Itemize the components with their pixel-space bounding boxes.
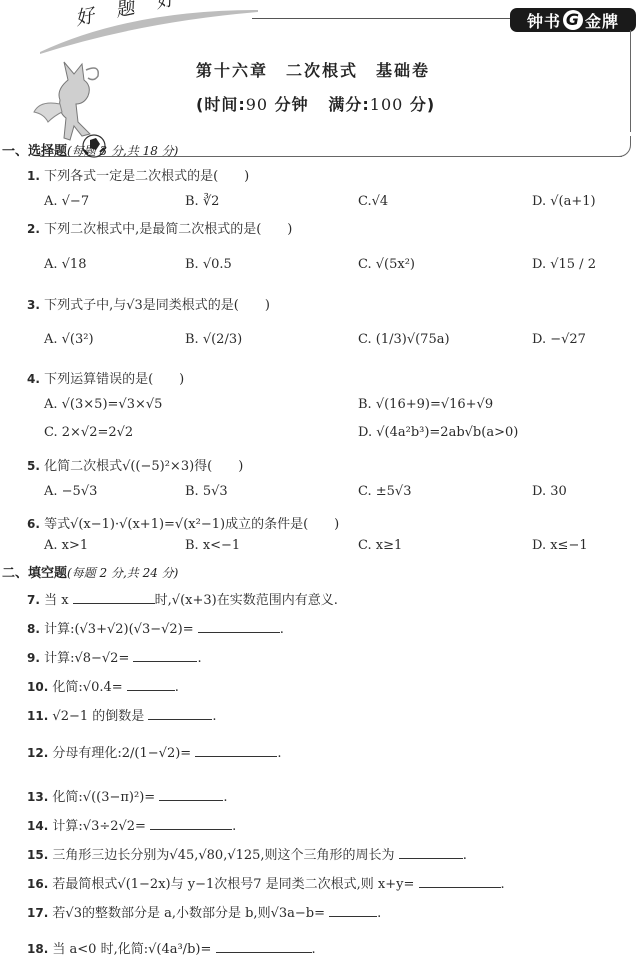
- question-15: 15. 三角形三边长分别为√45,√80,√125,则这个三角形的周长为 .: [27, 844, 467, 863]
- question-14: 14. 计算:√3÷2√2= .: [27, 815, 236, 834]
- question-text: 当 x: [44, 593, 68, 608]
- q6-option-a[interactable]: A. x>1: [44, 538, 88, 553]
- section-title: 二、填空题: [2, 566, 67, 581]
- q1-option-c[interactable]: C.√4: [358, 194, 388, 209]
- question-number: 14.: [27, 819, 48, 833]
- question-11: 11. √2−1 的倒数是 .: [27, 705, 217, 724]
- question-12: 12. 分母有理化:2/(1−√2)= .: [27, 742, 281, 761]
- question-number: 1.: [27, 169, 40, 183]
- question-number: 10.: [27, 680, 48, 694]
- question-5: 5. 化简二次根式√((−5)²×3)得( ): [27, 455, 243, 474]
- question-16: 16. 若最简根式√(1−2x)与 y−1次根号7 是同类二次根式,则 x+y=…: [27, 873, 505, 892]
- question-number: 5.: [27, 459, 40, 473]
- question-18: 18. 当 a<0 时,化简:√(4a³/b)= .: [27, 938, 316, 957]
- answer-blank[interactable]: [419, 875, 501, 888]
- q4-option-a[interactable]: A. √(3×5)=√3×√5: [44, 397, 162, 412]
- q5-option-c[interactable]: C. ±5√3: [358, 484, 411, 499]
- answer-blank[interactable]: [73, 591, 155, 604]
- q6-option-b[interactable]: B. x<−1: [185, 538, 240, 553]
- question-text-tail: .: [377, 906, 381, 921]
- time-label: (时间:: [196, 95, 246, 114]
- question-stem: 下列各式一定是二次根式的是( ): [44, 169, 249, 184]
- question-text: 计算:√3÷2√2=: [52, 819, 146, 834]
- q3-option-a[interactable]: A. √(3²): [44, 332, 94, 347]
- page-title: 第十六章 二次根式 基础卷: [196, 58, 430, 81]
- exam-meta: (时间:90 分钟 满分:100 分): [196, 92, 435, 115]
- question-text: 化简:√0.4=: [52, 680, 122, 695]
- answer-blank[interactable]: [150, 817, 232, 830]
- question-number: 18.: [27, 942, 48, 956]
- question-text: 化简:√((3−π)²)=: [52, 790, 155, 805]
- time-value: 90: [246, 95, 268, 114]
- answer-blank[interactable]: [329, 904, 377, 917]
- question-17: 17. 若√3的整数部分是 a,小数部分是 b,则√3a−b= .: [27, 902, 381, 921]
- answer-blank[interactable]: [399, 846, 463, 859]
- section-note: (每题 3 分,共 18 分): [67, 144, 178, 158]
- q6-option-d[interactable]: D. x≤−1: [532, 538, 588, 553]
- question-text: 分母有理化:2/(1−√2)=: [52, 746, 191, 761]
- q3-option-d[interactable]: D. −√27: [532, 332, 586, 347]
- question-9: 9. 计算:√8−√2= .: [27, 647, 202, 666]
- question-text-tail: 时,√(x+3)在实数范围内有意义.: [155, 593, 338, 608]
- question-8: 8. 计算:(√3+√2)(√3−√2)= .: [27, 618, 284, 637]
- q1-option-b[interactable]: B. ∛2: [185, 194, 219, 209]
- question-text-tail: .: [277, 746, 281, 761]
- header-rule: [252, 18, 514, 19]
- answer-blank[interactable]: [159, 788, 223, 801]
- answer-blank[interactable]: [133, 649, 197, 662]
- question-text-tail: .: [463, 848, 467, 863]
- section-heading-choice: 一、选择题(每题 3 分,共 18 分): [2, 140, 178, 159]
- score-value: 100: [370, 95, 404, 114]
- q5-option-a[interactable]: A. −5√3: [44, 484, 97, 499]
- question-text-tail: .: [175, 680, 179, 695]
- question-text-tail: .: [312, 942, 316, 957]
- q2-option-b[interactable]: B. √0.5: [185, 257, 232, 272]
- question-number: 12.: [27, 746, 48, 760]
- question-text-tail: .: [280, 622, 284, 637]
- question-6: 6. 等式√(x−1)·√(x+1)=√(x²−1)成立的条件是( ): [27, 513, 339, 532]
- answer-blank[interactable]: [216, 940, 312, 953]
- question-number: 9.: [27, 651, 40, 665]
- q4-option-d[interactable]: D. √(4a²b³)=2ab√b(a>0): [358, 425, 518, 440]
- frame-right-edge: [630, 30, 631, 132]
- q1-option-a[interactable]: A. √−7: [44, 194, 89, 209]
- question-stem: 下列式子中,与√3是同类根式的是( ): [44, 298, 270, 313]
- question-number: 2.: [27, 222, 40, 236]
- question-stem: 下列二次根式中,是最简二次根式的是( ): [44, 222, 292, 237]
- question-text: 当 a<0 时,化简:√(4a³/b)=: [52, 942, 211, 957]
- logo-text-left: 钟书: [527, 9, 561, 32]
- q5-option-d[interactable]: D. 30: [532, 484, 567, 499]
- section-note: (每题 2 分,共 24 分): [67, 566, 178, 580]
- question-number: 17.: [27, 906, 48, 920]
- logo-text-right: 金牌: [585, 9, 619, 32]
- question-number: 11.: [27, 709, 48, 723]
- logo-g-icon: G: [563, 10, 583, 30]
- question-text: 计算:(√3+√2)(√3−√2)=: [44, 622, 194, 637]
- q3-option-b[interactable]: B. √(2/3): [185, 332, 242, 347]
- question-13: 13. 化简:√((3−π)²)= .: [27, 786, 227, 805]
- answer-blank[interactable]: [148, 707, 212, 720]
- question-text: 三角形三边长分别为√45,√80,√125,则这个三角形的周长为: [52, 848, 394, 863]
- question-number: 4.: [27, 372, 40, 386]
- answer-blank[interactable]: [127, 678, 175, 691]
- question-7: 7. 当 x 时,√(x+3)在实数范围内有意义.: [27, 589, 338, 608]
- section-heading-fill: 二、填空题(每题 2 分,共 24 分): [2, 562, 178, 581]
- question-text: 若√3的整数部分是 a,小数部分是 b,则√3a−b=: [52, 906, 325, 921]
- question-1: 1. 下列各式一定是二次根式的是( ): [27, 165, 249, 184]
- answer-blank[interactable]: [198, 620, 280, 633]
- q1-option-d[interactable]: D. √(a+1): [532, 194, 596, 209]
- question-3: 3. 下列式子中,与√3是同类根式的是( ): [27, 294, 270, 313]
- score-label: 满分:: [328, 95, 369, 114]
- q2-option-d[interactable]: D. √15 / 2: [532, 257, 596, 272]
- score-unit: 分): [410, 95, 435, 114]
- question-number: 6.: [27, 517, 40, 531]
- question-text-tail: .: [197, 651, 201, 666]
- question-text-tail: .: [232, 819, 236, 834]
- answer-blank[interactable]: [195, 744, 277, 757]
- q3-option-c[interactable]: C. (1/3)√(75a): [358, 332, 450, 347]
- q2-option-a[interactable]: A. √18: [44, 257, 86, 272]
- question-text: 计算:√8−√2=: [44, 651, 129, 666]
- q4-option-b[interactable]: B. √(16+9)=√16+√9: [358, 397, 493, 412]
- question-number: 8.: [27, 622, 40, 636]
- question-number: 16.: [27, 877, 48, 891]
- question-stem: 下列运算错误的是( ): [44, 372, 184, 387]
- q4-option-c[interactable]: C. 2×√2=2√2: [44, 425, 133, 440]
- section-title: 一、选择题: [2, 144, 67, 159]
- question-stem: 化简二次根式√((−5)²×3)得( ): [44, 459, 243, 474]
- q2-option-c[interactable]: C. √(5x²): [358, 257, 415, 272]
- q6-option-c[interactable]: C. x≥1: [358, 538, 402, 553]
- question-text: 若最简根式√(1−2x)与 y−1次根号7 是同类二次根式,则 x+y=: [52, 877, 414, 892]
- q5-option-b[interactable]: B. 5√3: [185, 484, 228, 499]
- question-4: 4. 下列运算错误的是( ): [27, 368, 184, 387]
- question-10: 10. 化简:√0.4= .: [27, 676, 179, 695]
- question-2: 2. 下列二次根式中,是最简二次根式的是( ): [27, 218, 292, 237]
- time-unit: 分钟: [275, 95, 309, 114]
- question-number: 3.: [27, 298, 40, 312]
- question-stem: 等式√(x−1)·√(x+1)=√(x²−1)成立的条件是( ): [44, 517, 339, 532]
- question-number: 15.: [27, 848, 48, 862]
- question-text-tail: .: [501, 877, 505, 892]
- question-number: 13.: [27, 790, 48, 804]
- question-text: √2−1 的倒数是: [52, 709, 144, 724]
- question-number: 7.: [27, 593, 40, 607]
- question-text-tail: .: [223, 790, 227, 805]
- question-text-tail: .: [212, 709, 216, 724]
- brand-logo: 钟书 G 金牌: [510, 8, 636, 32]
